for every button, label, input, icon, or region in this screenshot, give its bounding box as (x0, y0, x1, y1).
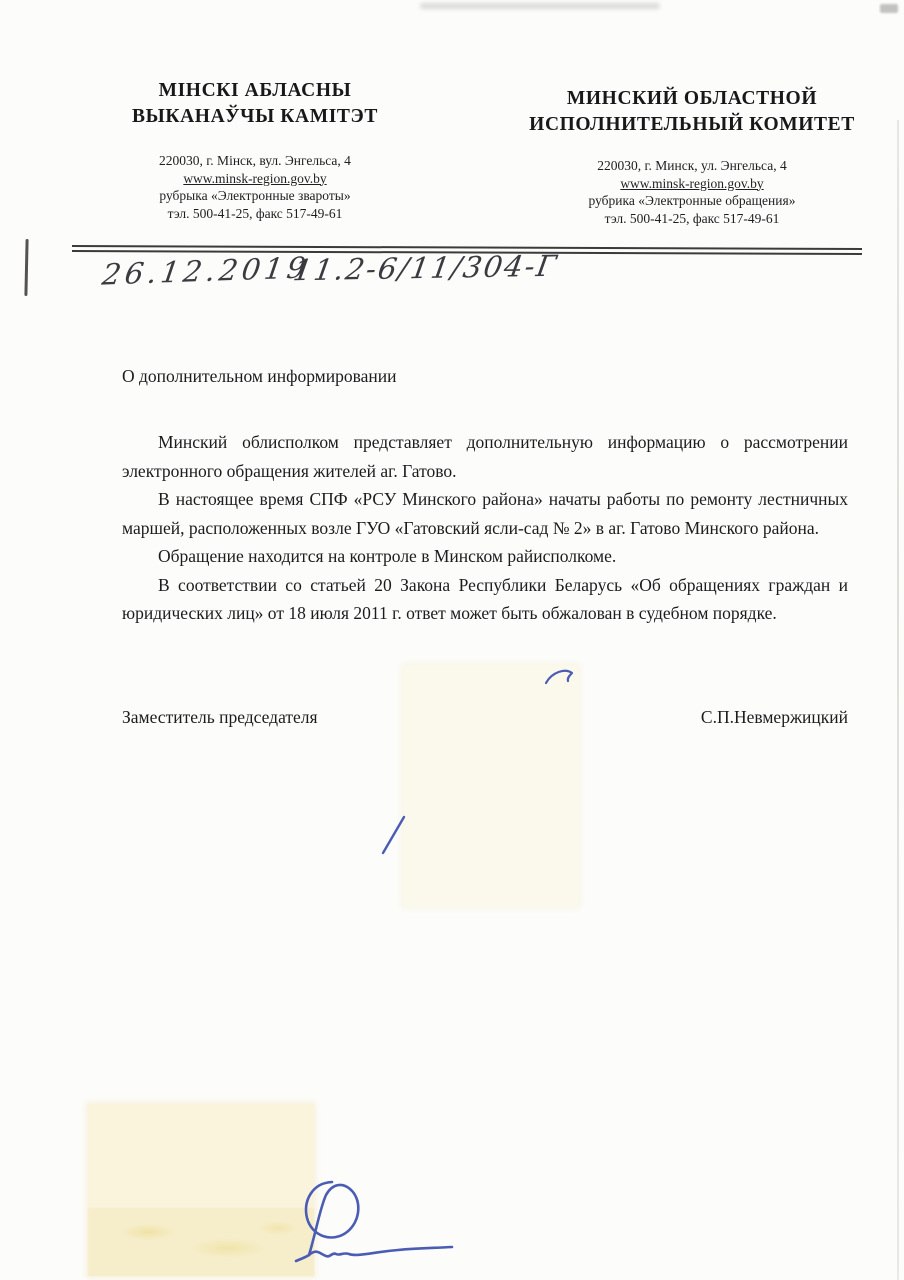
org-name-line2: ИСПОЛНИТЕЛЬНЫЙ КОМИТЕТ (498, 112, 886, 138)
website-url: www.minsk-region.gov.by (60, 170, 450, 188)
paragraph: Обращение находится на контроле в Минско… (122, 542, 848, 571)
yellow-note-ghost-bottom (88, 1104, 314, 1276)
yellow-note-ghost-middle (404, 666, 578, 906)
ink-slash-mark (378, 812, 410, 858)
letterhead-belarusian: МІНСКІ АБЛАСНЫ ВЫКАНАЎЧЫ КАМІТЭТ 220030,… (60, 78, 450, 222)
scan-right-edge-shadow (897, 120, 899, 1280)
org-name-russian: МИНСКИЙ ОБЛАСТНОЙ ИСПОЛНИТЕЛЬНЫЙ КОМИТЕТ (498, 86, 886, 138)
paragraph: В настоящее время СПФ «РСУ Минского райо… (122, 485, 848, 542)
handwritten-date: 26.12.2019 (100, 250, 312, 291)
address-block-russian: 220030, г. Минск, ул. Энгельса, 4 www.mi… (498, 157, 886, 227)
letter-body: Минский облисполком представляет дополни… (122, 428, 848, 628)
signature-ink (292, 1168, 472, 1273)
scan-left-margin-mark (24, 239, 28, 296)
postal-address: 220030, г. Минск, ул. Энгельса, 4 (498, 157, 886, 175)
paragraph: Минский облисполком представляет дополни… (122, 428, 848, 485)
scan-top-smudge (420, 3, 660, 9)
org-name-belarusian: МІНСКІ АБЛАСНЫ ВЫКАНАЎЧЫ КАМІТЭТ (60, 78, 450, 130)
letterhead-russian: МИНСКИЙ ОБЛАСТНОЙ ИСПОЛНИТЕЛЬНЫЙ КОМИТЕТ… (498, 86, 886, 227)
org-name-line1: МІНСКІ АБЛАСНЫ (60, 78, 450, 104)
ink-check-mark (543, 666, 577, 688)
handwritten-reference-number: 11.2-6/11/304-Г (291, 249, 561, 288)
signer-name: С.П.Невмержицкий (701, 707, 848, 728)
letter-subject: О дополнительном информировании (122, 366, 397, 387)
rubric-line: рубрика «Электронные обращения» (498, 192, 886, 210)
phone-line: тэл. 500-41-25, факс 517-49-61 (60, 205, 450, 223)
rubric-line: рубрыка «Электронные звароты» (60, 187, 450, 205)
phone-line: тэл. 500-41-25, факс 517-49-61 (498, 210, 886, 228)
scanned-letter-page: МІНСКІ АБЛАСНЫ ВЫКАНАЎЧЫ КАМІТЭТ 220030,… (0, 0, 904, 1280)
yellow-note-ghost-band (88, 1208, 314, 1276)
org-name-line2: ВЫКАНАЎЧЫ КАМІТЭТ (60, 104, 450, 130)
postal-address: 220030, г. Мінск, вул. Энгельса, 4 (60, 152, 450, 170)
org-name-line1: МИНСКИЙ ОБЛАСТНОЙ (498, 86, 886, 112)
signature-row: Заместитель председателя С.П.Невмержицки… (122, 707, 848, 728)
paragraph: В соответствии со статьей 20 Закона Респ… (122, 571, 848, 628)
signer-position: Заместитель председателя (122, 707, 318, 728)
scan-top-corner-smudge (880, 4, 898, 13)
website-url: www.minsk-region.gov.by (498, 175, 886, 193)
address-block-belarusian: 220030, г. Мінск, вул. Энгельса, 4 www.m… (60, 152, 450, 222)
